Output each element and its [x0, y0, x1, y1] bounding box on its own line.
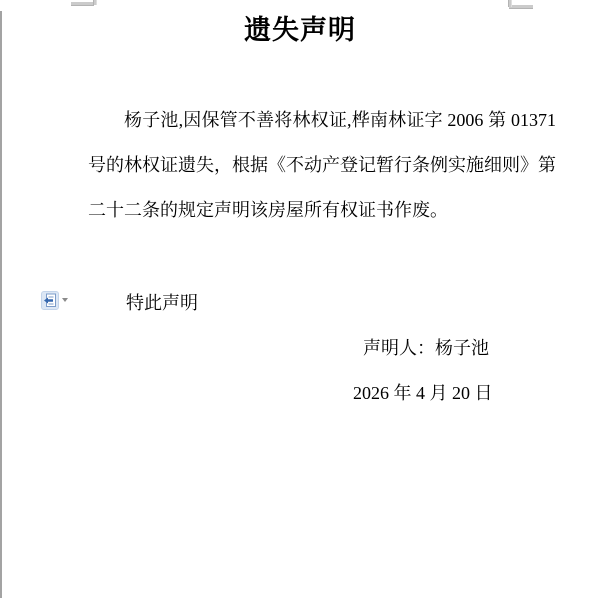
paste-options-icon [41, 291, 59, 310]
chevron-down-icon [62, 298, 68, 302]
crop-mark-tick [508, 0, 512, 7]
paragraph-line: 杨子池,因保管不善将林权证,桦南林证字 2006 第 01371 [88, 98, 556, 143]
paragraph-line: 二十二条的规定声明该房屋所有权证书作废。 [88, 188, 556, 233]
signer-line: 声明人：杨子池 [88, 326, 556, 371]
crop-mark-bar [71, 2, 94, 6]
date-line: 2026 年 4 月 20 日 [88, 371, 556, 416]
paste-options-button[interactable] [41, 291, 68, 309]
margin-crop-mark-left [71, 0, 98, 8]
crop-mark-tick [93, 0, 97, 5]
page-edge-line [0, 11, 2, 598]
signature-block: 特此声明 声明人：杨子池 2026 年 4 月 20 日 [88, 281, 556, 416]
closing-statement: 特此声明 [88, 281, 556, 326]
paragraph-line: 号的林权证遗失，根据《不动产登记暂行条例实施细则》第 [88, 143, 556, 188]
document-page: 遗失声明 杨子池,因保管不善将林权证,桦南林证字 2006 第 01371 号的… [0, 0, 600, 598]
page-title: 遗失声明 [0, 8, 600, 47]
body-paragraph: 杨子池,因保管不善将林权证,桦南林证字 2006 第 01371 号的林权证遗失… [88, 98, 556, 233]
